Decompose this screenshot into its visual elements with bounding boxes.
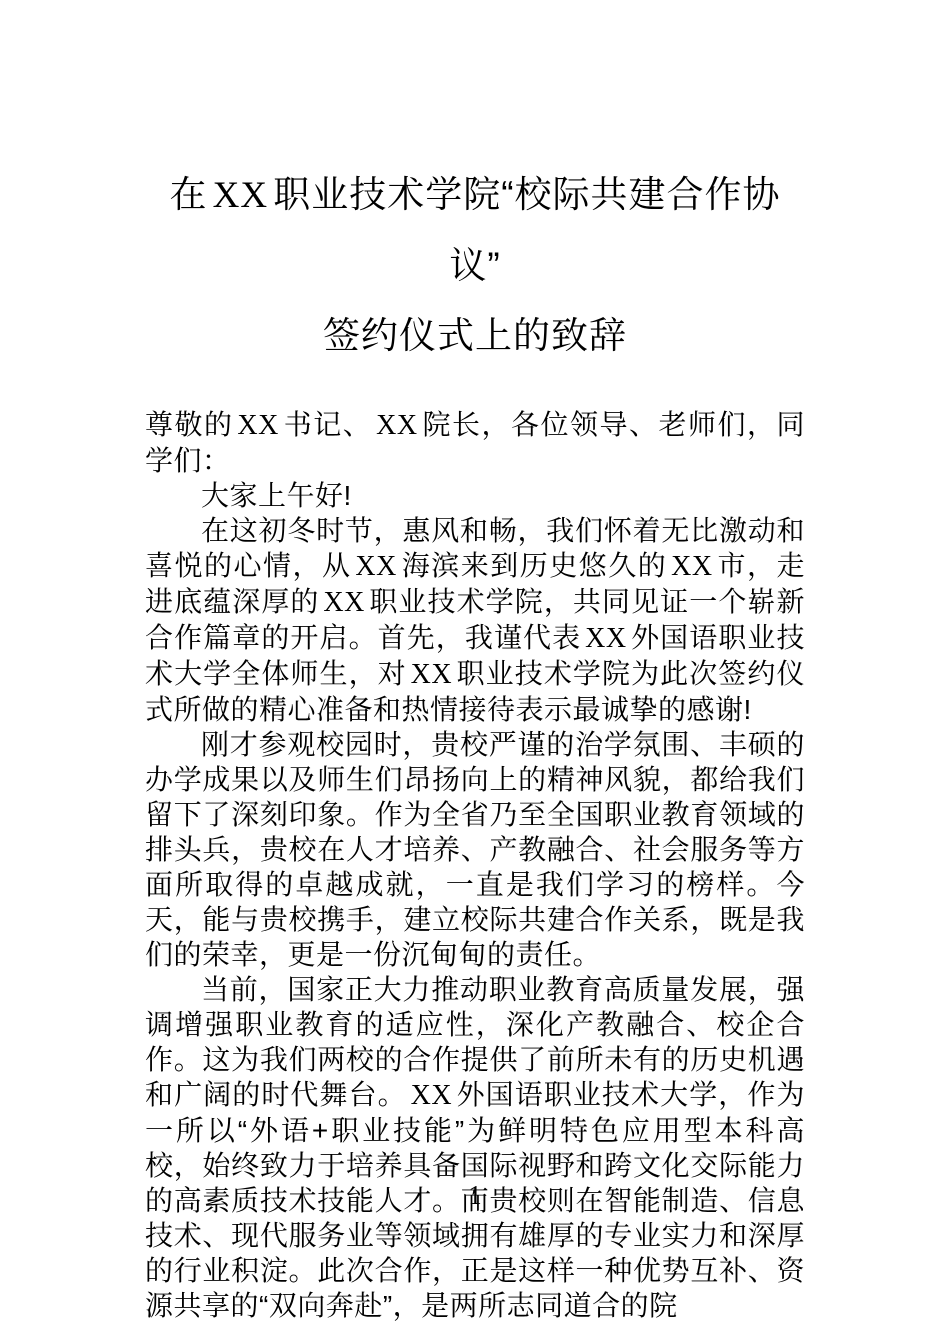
salutation-paragraph: 尊敬的XX书记、XX院长，各位领导、老师们，同学们： (145, 407, 805, 478)
page-number: 1 (0, 1178, 950, 1213)
document-title: 在XX职业技术学院“校际共建合作协议” 签约仪式上的致辞 (145, 160, 805, 371)
document-page: 在XX职业技术学院“校际共建合作协议” 签约仪式上的致辞 尊敬的XX书记、XX院… (0, 0, 950, 1344)
body-paragraph-campus-visit: 刚才参观校园时，贵校严谨的治学氛围、丰硕的办学成果以及师生们昂扬向上的精神风貌，… (145, 727, 805, 972)
body-paragraph-cooperation-context: 当前，国家正大力推动职业教育高质量发展，强调增强职业教育的适应性，深化产教融合、… (145, 972, 805, 1323)
title-line-1: 在XX职业技术学院“校际共建合作协议” (145, 160, 805, 301)
body-paragraph-opening: 在这初冬时节，惠风和畅，我们怀着无比激动和喜悦的心情，从XX海滨来到历史悠久的X… (145, 513, 805, 727)
title-line-2: 签约仪式上的致辞 (145, 301, 805, 371)
body-paragraph-greeting: 大家上午好! (145, 478, 805, 513)
document-content: 在XX职业技术学院“校际共建合作协议” 签约仪式上的致辞 尊敬的XX书记、XX院… (145, 160, 805, 1323)
